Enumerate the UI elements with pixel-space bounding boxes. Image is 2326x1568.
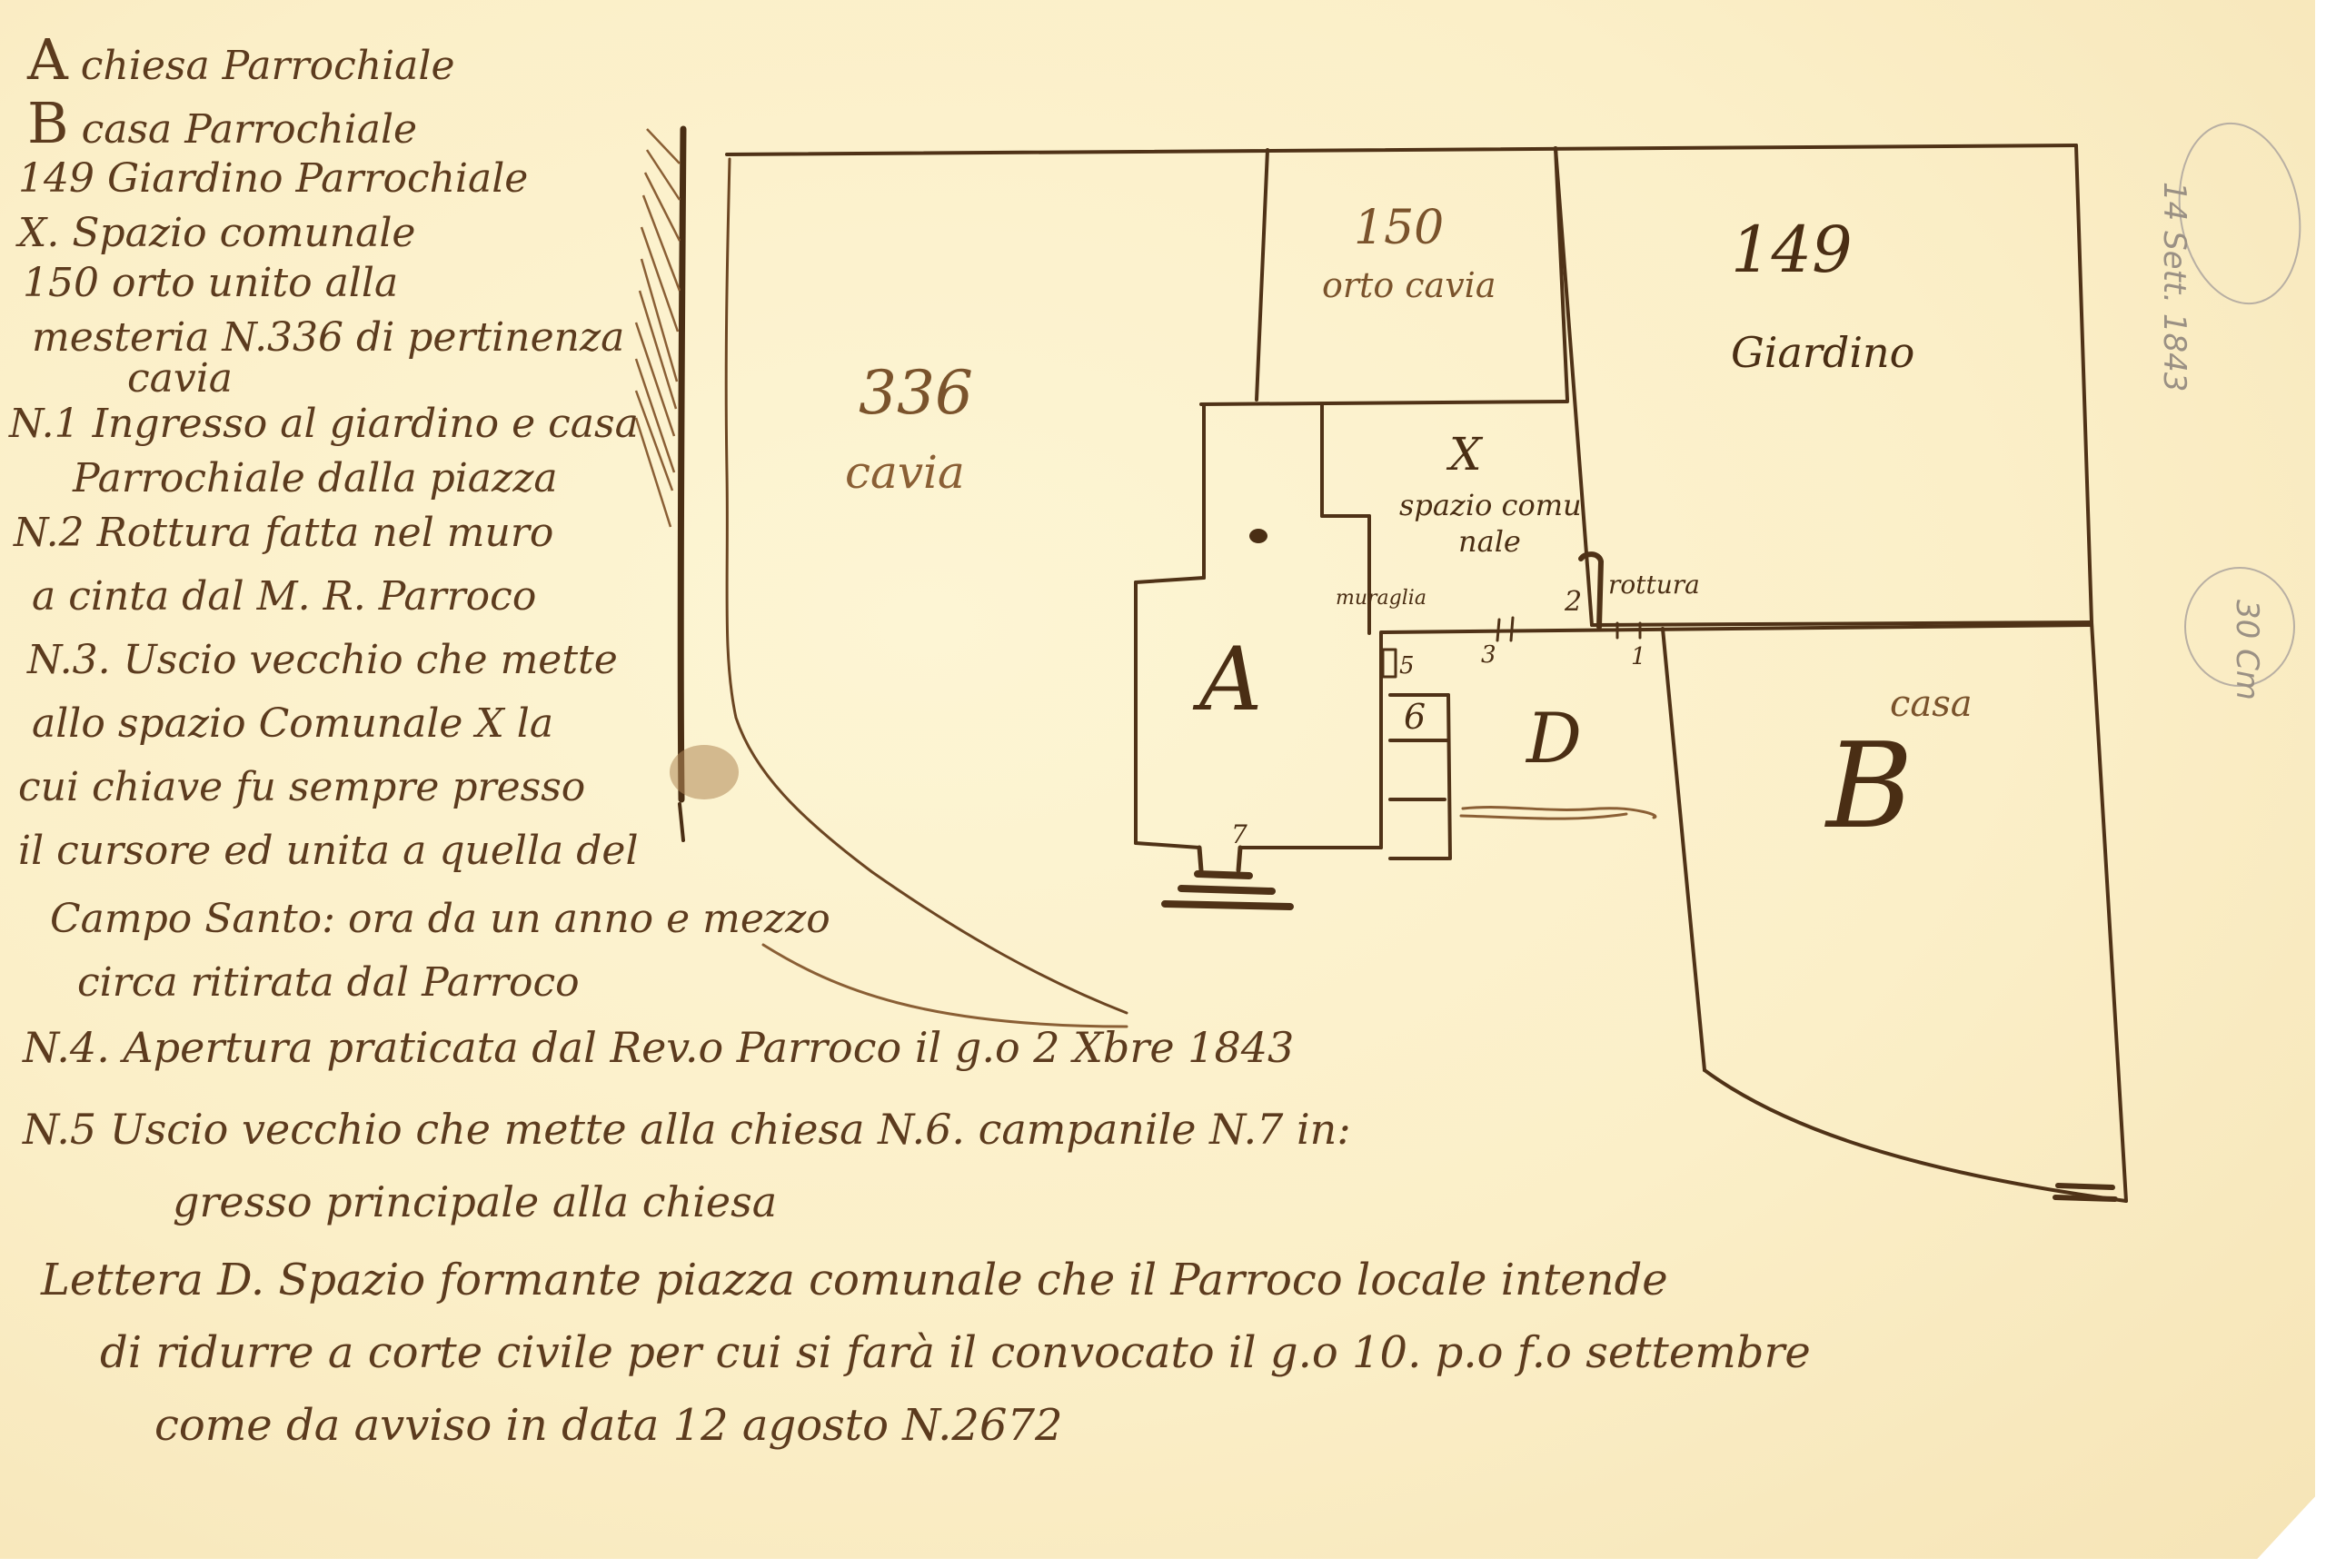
marker-1: 1 (1631, 645, 1646, 669)
legend-line: a cinta dal M. R. Parroco (32, 577, 536, 617)
plot-149-name: Giardino (1731, 332, 1914, 373)
common-space-letter: X (1449, 432, 1482, 477)
pencil-number-mark: 30 Cm (2232, 600, 2262, 700)
legend-item-149: 149 Giardino Parrochiale (18, 159, 528, 199)
plot-149-number: 149 (1731, 218, 1853, 282)
legend-line: cavia (127, 359, 233, 399)
house-name: casa (1890, 686, 1973, 722)
pencil-date-mark: 14 Sett. 1843 (2159, 182, 2190, 392)
note-letter-d: Lettera D. Spazio formante piazza comuna… (41, 1258, 1668, 1302)
wall-label: muraglia (1336, 589, 1426, 609)
house-letter-b: B (1826, 727, 1913, 845)
common-space-name: spazio comu (1399, 491, 1582, 520)
break-label: rottura (1608, 572, 1700, 598)
marker-6: 6 (1404, 700, 1426, 734)
legend-line: allo spazio Comunale X la (32, 704, 553, 744)
church-letter-a: A (1199, 636, 1262, 723)
marker-7: 7 (1231, 822, 1247, 848)
marker-3: 3 (1481, 643, 1496, 667)
note-line: di ridurre a corte civile per cui si far… (100, 1331, 1811, 1374)
legend-line: il cursore ed unita a quella del (18, 831, 639, 871)
legend-item-b: B casa Parrochiale (27, 95, 417, 152)
legend-line: Campo Santo: ora da un anno e mezzo (50, 899, 830, 939)
legend-line: mesteria N.336 di pertinenza (32, 318, 624, 358)
legend-item-n2: N.2 Rottura fatta nel muro (14, 513, 553, 553)
legend-item-n1: N.1 Ingresso al giardino e casa (9, 404, 639, 444)
common-space-name: nale (1458, 527, 1521, 556)
legend-line: circa ritirata dal Parroco (77, 963, 580, 1003)
plot-150-name: orto cavia (1322, 268, 1496, 303)
marker-2: 2 (1565, 589, 1582, 616)
legend-item-n3: N.3. Uscio vecchio che mette (27, 640, 618, 680)
marker-5: 5 (1399, 654, 1415, 678)
legend-line: Parrochiale dalla piazza (73, 459, 558, 499)
legend-line: cui chiave fu sempre presso (18, 768, 585, 808)
plot-336-number: 336 (859, 363, 973, 423)
note-line: gresso principale alla chiesa (173, 1181, 777, 1223)
legend-item-x: X. Spazio comunale (18, 213, 415, 253)
legend-item-a: A chiesa Parrochiale (27, 32, 455, 88)
note-line: come da avviso in data 12 agosto N.2672 (154, 1404, 1063, 1447)
note-n4: N.4. Apertura praticata dal Rev.o Parroc… (23, 1027, 1294, 1068)
legend-item-150: 150 orto unito alla (23, 263, 398, 303)
plot-336-name: cavia (845, 450, 965, 495)
note-n5: N.5 Uscio vecchio che mette alla chiesa … (23, 1108, 1351, 1150)
plot-150-number: 150 (1354, 204, 1444, 252)
square-letter-d: D (1526, 704, 1582, 773)
